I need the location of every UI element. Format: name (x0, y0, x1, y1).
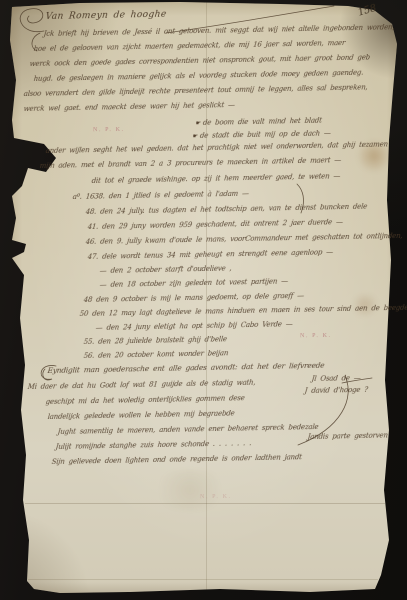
npk-stamp: N. P. K. (300, 333, 332, 339)
manicule-icon: ☛ (192, 133, 198, 140)
signature-line: Jl Osad de — (311, 375, 361, 383)
npk-stamp: N. P. K. (200, 494, 232, 500)
manicule-icon: ☛ (195, 120, 201, 127)
fold-crease-horizontal (25, 503, 385, 504)
fold-crease-horizontal (28, 579, 378, 580)
signature-line: J david d'hooge ? (304, 387, 368, 395)
npk-stamp: N. P. K. (93, 127, 125, 133)
paper-stain (150, 470, 230, 510)
photo-background: Van Romeyn de hooghe 158 Jck brieft hij … (0, 0, 407, 600)
